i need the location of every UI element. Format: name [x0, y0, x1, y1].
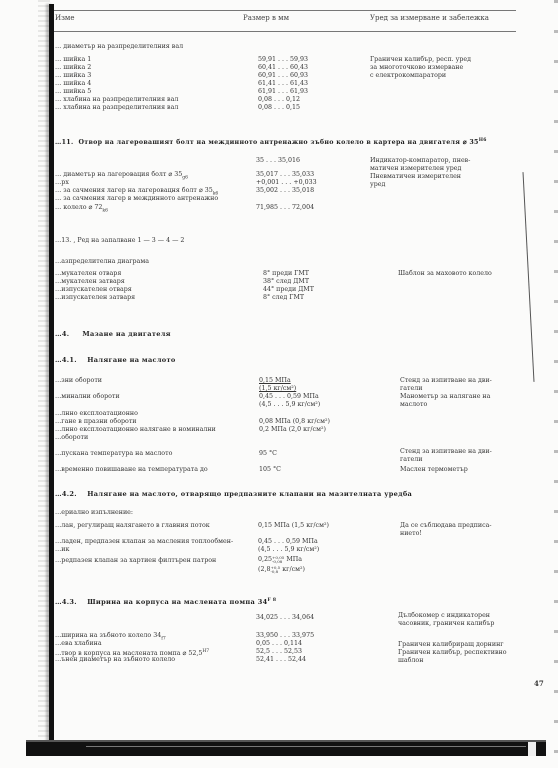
- camshaft-row-label: … шийка 4: [55, 80, 91, 88]
- valve-timing-label: …изпускателен затваря: [55, 294, 135, 302]
- relief-row-2-label: …ладен, предпазен клапан за масления топ…: [55, 538, 233, 546]
- oil-pressure-heading: …4.1. Налягане на маслото: [55, 356, 176, 364]
- bolt-note-2: матичен измерителен уред: [370, 165, 461, 173]
- scanned-page: Изме Размер в мм Уред за измерване и заб…: [0, 0, 558, 768]
- bolt-row-label: …рх: [55, 179, 69, 187]
- oil-pressure-label: …минални обороти: [55, 393, 120, 401]
- oil-pressure-label: …лнно експлоатационно: [55, 410, 138, 418]
- oil-pressure-label: …временно повишаване на температурата до: [55, 466, 208, 474]
- oil-pressure-label: …пускана температура на маслото: [55, 450, 172, 458]
- pen-mark: [523, 172, 535, 382]
- page-number: 47: [534, 680, 544, 688]
- valve-timing-label: …мукателен отваря: [55, 270, 121, 278]
- valve-timing-title: …азпределителна диаграма: [55, 258, 149, 266]
- binding-edge: [49, 4, 54, 744]
- oil-note-2a: Манометър за налягане на: [400, 393, 490, 401]
- relief-note-2: нието!: [400, 530, 422, 538]
- oil-pressure-value: 95 °C: [259, 450, 277, 458]
- bolt-bore-heading: …11. Отвор на лагеровашият болт на межди…: [55, 137, 487, 147]
- pump-row-value: 0,05 . . . 0,114: [256, 640, 302, 648]
- oil-pressure-value: 0,2 МПа (2,0 кг/см²): [259, 426, 326, 434]
- section-title: Отвор на лагеровашият болт на междинното…: [78, 139, 460, 146]
- relief-row-1-value: 0,15 МПа (1,5 кг/см²): [258, 522, 329, 530]
- bolt-note-4: уред: [370, 181, 385, 189]
- pump-row-value: 33,950 . . . 33,975: [256, 632, 314, 640]
- oil-pressure-value2: (4,5 . . . 5,9 кг/см²): [259, 401, 320, 409]
- scan-edge: [554, 0, 558, 768]
- oil-note-3b: гатели: [400, 456, 422, 464]
- bolt-row-label: … колело ⌀ 72k6: [55, 204, 108, 215]
- bolt-bore-value: 35 . . . 35,016: [256, 157, 300, 165]
- pump-housing-heading: …4.3. Ширина на корпуса на маслената пом…: [55, 597, 276, 606]
- camshaft-note-3: с електрокомпаратори: [370, 72, 446, 80]
- camshaft-note-2: за многоточково измерване: [370, 64, 463, 72]
- camshaft-row-label: … шийка 5: [55, 88, 91, 96]
- oil-note-2b: маслото: [400, 401, 427, 409]
- header-col-size: Размер в мм: [243, 14, 289, 22]
- pump-row-label: …ева хлабина: [55, 640, 102, 648]
- relief-valves-heading: …4.2. Налягане на маслото, отварящо пред…: [55, 490, 412, 498]
- pump-row-value: 52,5 . . . 52,53: [256, 648, 302, 656]
- oil-note-4: Маслен термометър: [400, 466, 468, 474]
- oil-note-1a: Стенд за изпитване на дви-: [400, 377, 492, 385]
- relief-intro: …ериално изпълнение:: [55, 509, 133, 517]
- camshaft-row-value: 59,91 . . . 59,93: [258, 56, 308, 64]
- oil-note-3a: Стенд за изпитване на дви-: [400, 448, 492, 456]
- valve-timing-value: 8° след ГМТ: [263, 294, 304, 302]
- bolt-row-label: … диаметър на лагеровация болт ⌀ 35g6: [55, 171, 188, 182]
- valve-timing-value: 38° след ДМТ: [263, 278, 309, 286]
- oil-pressure-label: …зни обороти: [55, 377, 102, 385]
- camshaft-row-value: 61,91 . . . 61,93: [258, 88, 308, 96]
- bolt-row-label: … за сачмения лагер в междинното антрена…: [55, 195, 218, 203]
- relief-row-1-label: …лан, регулиращ налягането в главния пот…: [55, 522, 210, 530]
- header-col-instrument: Уред за измерване и забележка: [370, 14, 489, 22]
- pump-note-2a: Граничен калибриращ дорнинг: [398, 641, 504, 649]
- camshaft-row-label: … шийка 1: [55, 56, 91, 64]
- camshaft-row-label: … шийка 3: [55, 72, 91, 80]
- pump-row-value: 52,41 . . . 52,44: [256, 656, 306, 664]
- camshaft-row-value: 0,08 . . . 0,15: [258, 104, 300, 112]
- header-col-name: Изме: [55, 14, 75, 22]
- camshaft-row-value: 61,41 . . . 61,43: [258, 80, 308, 88]
- header-top-rule: [54, 10, 516, 11]
- valve-timing-label: …мукателен затваря: [55, 278, 125, 286]
- pump-note-2c: шаблон: [398, 657, 423, 665]
- scan-bottom-edge: [26, 740, 546, 756]
- bolt-row-value: +0,001 . . . +0,033: [256, 179, 317, 187]
- firing-order: …13. , Ред на запалване 1 — 3 — 4 — 2: [55, 237, 184, 245]
- section-number: …11.: [55, 139, 73, 146]
- relief-row-4-value: 0,25+0,05-0,08 МПа: [258, 556, 302, 564]
- diameter-icon: ⌀: [463, 139, 467, 146]
- pump-note-1b: часовник, граничен калибър: [398, 620, 494, 628]
- camshaft-row-label: … хлабина на разпределителния вал: [55, 96, 178, 104]
- relief-row-2-value2: (4,5 . . . 5,9 кг/см²): [258, 546, 319, 554]
- oil-pressure-value2: (1,5 кг/см²): [259, 385, 296, 393]
- oil-note-1b: гатели: [400, 385, 422, 393]
- oil-pressure-value: 0,45 . . . 0,59 МПа: [259, 393, 319, 401]
- oil-pressure-value: 105 °C: [259, 466, 281, 474]
- relief-note-1: Да се съблюдава предписа-: [400, 522, 492, 530]
- bolt-row-value: 35,002 . . . 35,018: [256, 187, 314, 195]
- valve-timing-note: Шаблон за маховото колело: [398, 270, 492, 278]
- relief-row-3-label: …ик: [55, 546, 69, 554]
- oil-pressure-value: 0,15 МПа: [259, 377, 291, 385]
- oil-pressure-value: 0,08 МПа (0,8 кг/см²): [259, 418, 330, 426]
- relief-row-4-label: …редпазен клапан за хартиен филтърен пат…: [55, 557, 216, 565]
- relief-row-2-value: 0,45 . . . 0,59 МПа: [258, 538, 318, 546]
- camshaft-note-1: Граничен калибър, респ. уред: [370, 56, 471, 64]
- pump-housing-value: 34,025 . . . 34,064: [256, 614, 314, 622]
- camshaft-row-value: 60,91 . . . 60,93: [258, 72, 308, 80]
- camshaft-row-value: 0,08 . . . 0,12: [258, 96, 300, 104]
- camshaft-row-label: … хлабина на разпределителния вал: [55, 104, 178, 112]
- camshaft-row-value: 60,41 . . . 60,43: [258, 64, 308, 72]
- valve-timing-label: …изпускателен отваря: [55, 286, 132, 294]
- bolt-row-value: 35,017 . . . 35,033: [256, 171, 314, 179]
- camshaft-title: … диаметър на разпределителния вал: [55, 43, 183, 51]
- pump-row-label: …ънен диаметър на зъбното колело: [55, 656, 175, 664]
- pump-note-2b: Граничен калибър, респективно: [398, 649, 507, 657]
- bolt-note-1: Индикатор-компаратор, пнев-: [370, 157, 470, 165]
- lubrication-heading: …4. Мазане на двигателя: [55, 330, 171, 338]
- bolt-row-value: 71,985 . . . 72,004: [256, 204, 314, 212]
- header-bottom-rule: [54, 31, 516, 32]
- oil-pressure-label: …лнно експлоатационно налягане в номинал…: [55, 426, 216, 434]
- camshaft-row-label: … шийка 2: [55, 64, 91, 72]
- pump-note-1a: Дълбокомер с индикаторен: [398, 612, 490, 620]
- oil-pressure-label: …гане в празни обороти: [55, 418, 137, 426]
- relief-row-4-value2: (2,8+0,5-0,8 кг/см²): [258, 566, 305, 574]
- valve-timing-value: 44° преди ДМТ: [263, 286, 314, 294]
- valve-timing-value: 8° преди ГМТ: [263, 270, 309, 278]
- oil-pressure-label: …обороти: [55, 434, 88, 442]
- bolt-note-3: Пневматичен измерителен: [370, 173, 461, 181]
